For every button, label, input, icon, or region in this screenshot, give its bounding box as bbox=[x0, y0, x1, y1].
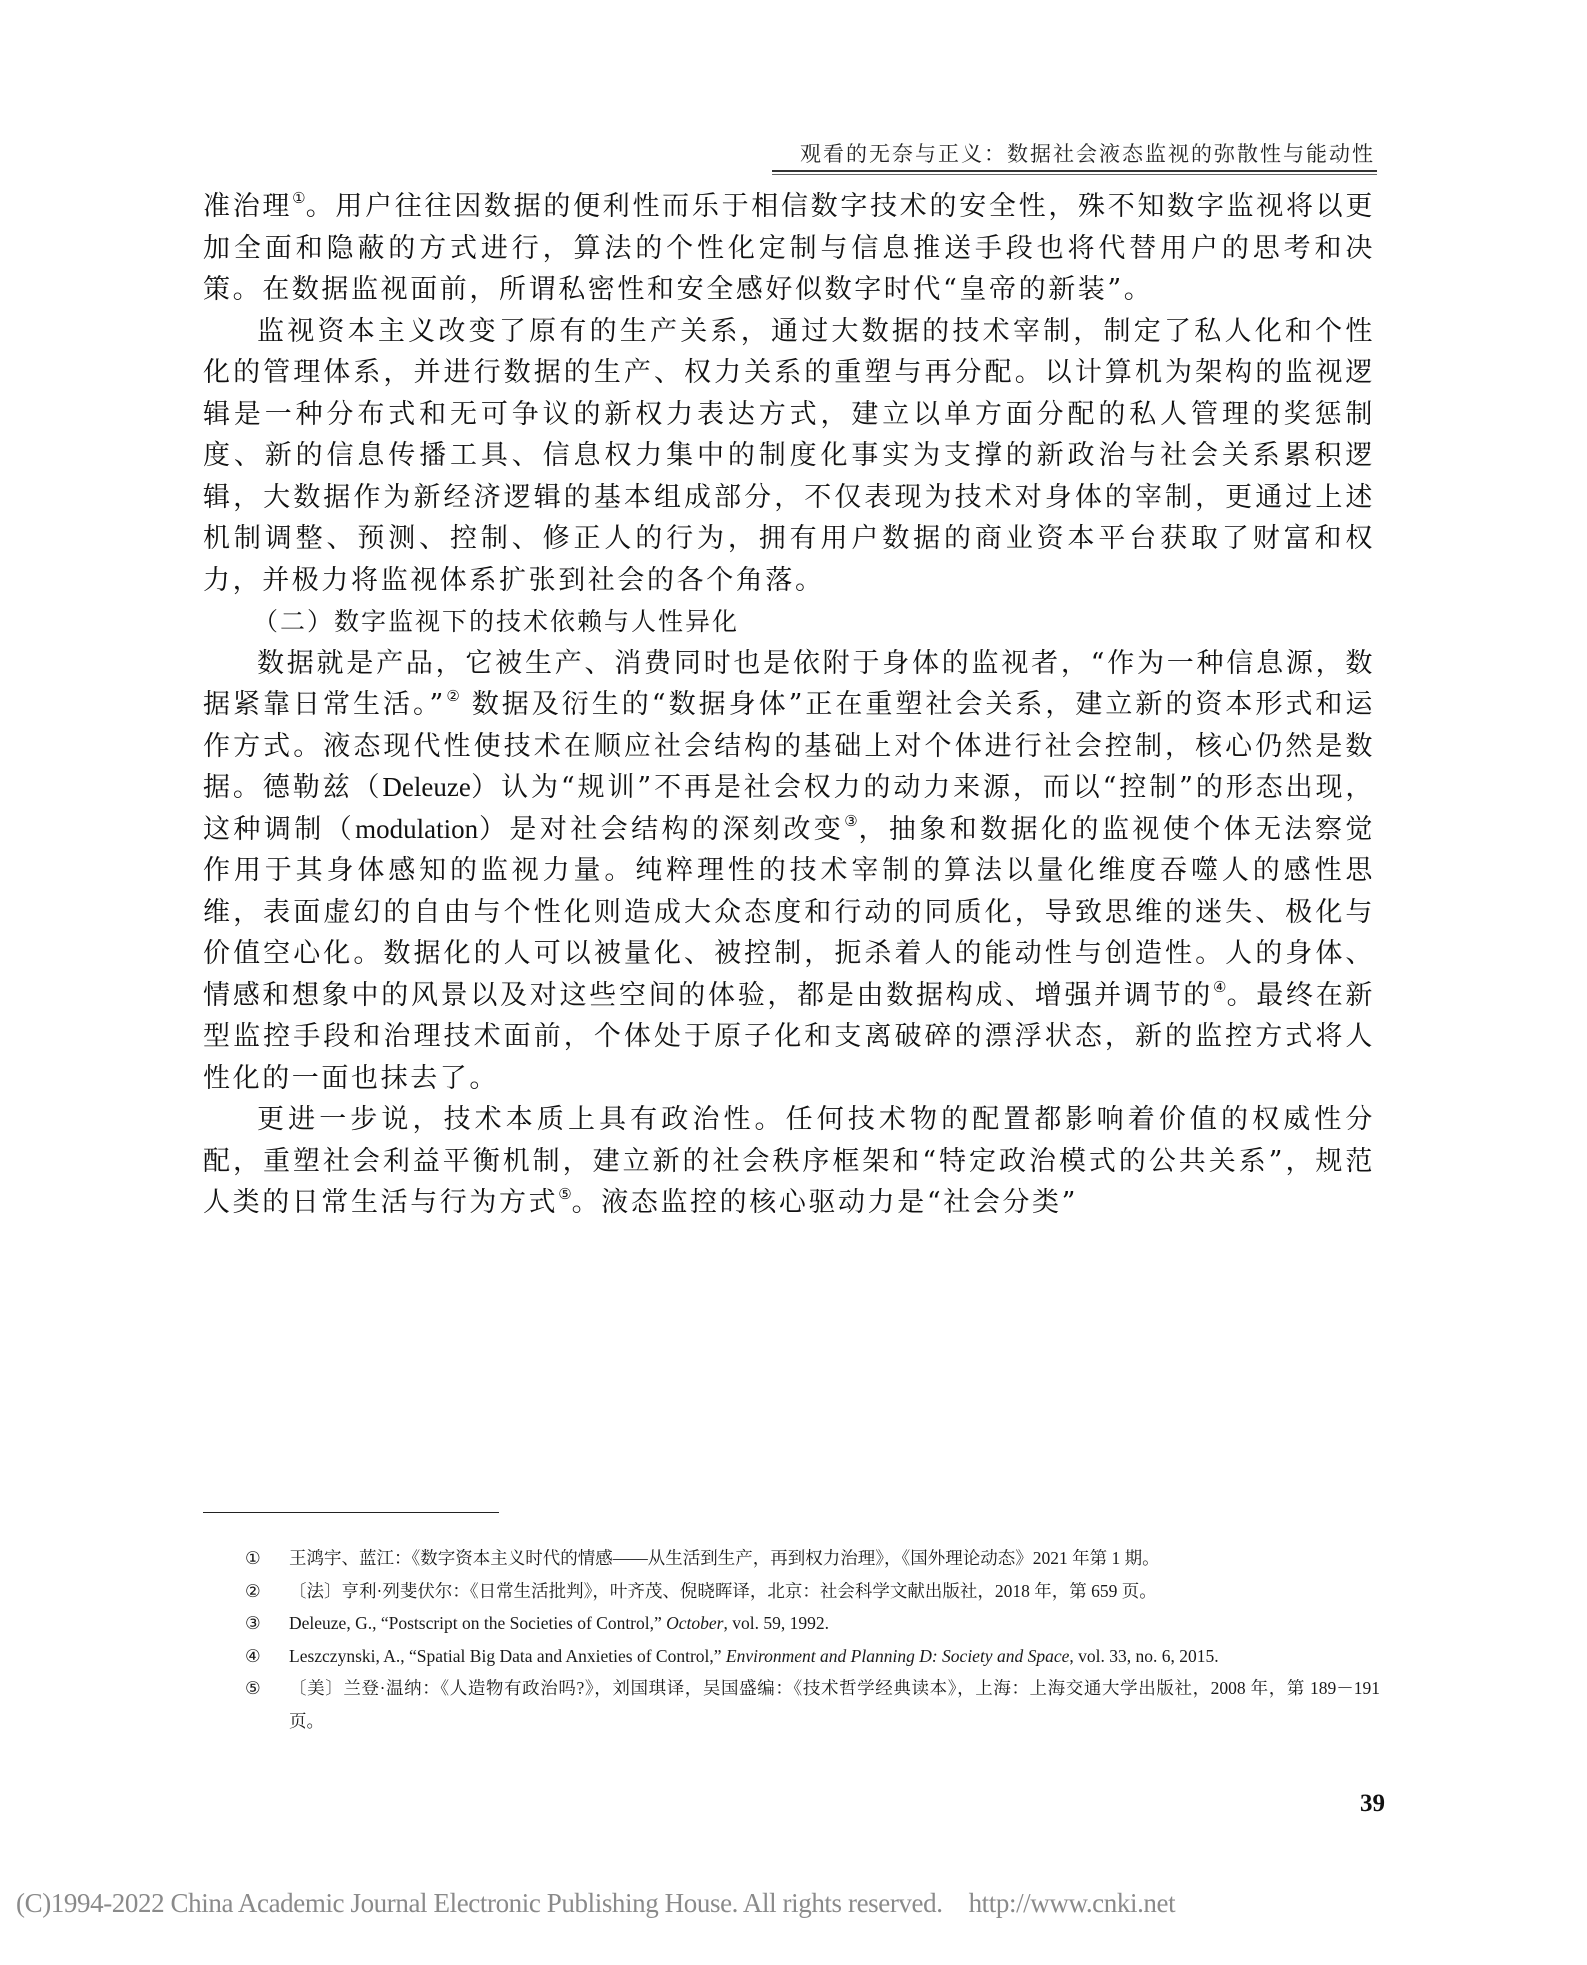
footnote-text: Deleuze, G., “Postscript on the Societie… bbox=[289, 1607, 1380, 1640]
footnote-text: 王鸿宇、蓝江：《数字资本主义时代的情感——从生活到生产，再到权力治理》，《国外理… bbox=[289, 1542, 1380, 1575]
paragraph-4: 更进一步说，技术本质上具有政治性。任何技术物的配置都影响着价值的权威性分配，重塑… bbox=[203, 1099, 1375, 1224]
footnote-ref-4[interactable]: ④ bbox=[1213, 978, 1227, 996]
header-rule bbox=[772, 170, 1377, 172]
footnote-ref-3[interactable]: ③ bbox=[844, 812, 858, 830]
running-header-title: 观看的无奈与正义：数据社会液态监视的弥散性与能动性 bbox=[770, 138, 1375, 168]
text-run: 。液态监控的核心驱动力是“社会分类” bbox=[572, 1187, 1078, 1218]
text-run: 。用户往往因数据的便利性而乐于相信数字技术的安全性，殊不知数字监视将以更加全面和… bbox=[203, 191, 1375, 305]
footnote-text: 〔美〕兰登·温纳：《人造物有政治吗?》，刘国琪译，吴国盛编：《技术哲学经典读本》… bbox=[289, 1672, 1380, 1737]
footnote-text: Leszczynski, A., “Spatial Big Data and A… bbox=[289, 1640, 1380, 1673]
copyright-notice: (C)1994-2022 China Academic Journal Elec… bbox=[16, 1888, 943, 1918]
page-number: 39 bbox=[1325, 1790, 1385, 1818]
footnote-ref-5[interactable]: ⑤ bbox=[558, 1185, 571, 1203]
text-run: ）是对社会结构的深刻改变 bbox=[478, 814, 844, 845]
journal-title: October bbox=[666, 1613, 723, 1633]
citation-text: Deleuze, G., “Postscript on the Societie… bbox=[289, 1613, 666, 1633]
text-run: 准治理 bbox=[203, 191, 292, 222]
journal-title: Environment and Planning D: Society and … bbox=[726, 1646, 1069, 1666]
latin-term: modulation bbox=[355, 814, 478, 844]
footnote-separator bbox=[203, 1512, 499, 1513]
footnote-ref-2[interactable]: ② bbox=[446, 687, 460, 705]
footnote-2: ② 〔法〕亨利·列斐伏尔：《日常生活批判》，叶齐茂、倪晓晖译，北京：社会科学文献… bbox=[245, 1575, 1380, 1608]
citation-text: Leszczynski, A., “Spatial Big Data and A… bbox=[289, 1646, 726, 1666]
paragraph-3: 数据就是产品，它被生产、消费同时也是依附于身体的监视者，“作为一种信息源，数据紧… bbox=[203, 643, 1375, 1100]
footnote-text: 〔法〕亨利·列斐伏尔：《日常生活批判》，叶齐茂、倪晓晖译，北京：社会科学文献出版… bbox=[289, 1575, 1380, 1608]
latin-term: Deleuze bbox=[382, 772, 470, 802]
footnote-number: ⑤ bbox=[245, 1672, 289, 1705]
copyright-footer: (C)1994-2022 China Academic Journal Elec… bbox=[16, 1888, 1175, 1919]
footnote-number: ② bbox=[245, 1575, 289, 1608]
header-rule-thin bbox=[772, 174, 1377, 175]
footnote-number: ③ bbox=[245, 1607, 289, 1640]
paragraph-2: 监视资本主义改变了原有的生产关系，通过大数据的技术宰制，制定了私人化和个性化的管… bbox=[203, 311, 1375, 602]
footnote-ref-1[interactable]: ① bbox=[292, 189, 306, 207]
footnote-1: ① 王鸿宇、蓝江：《数字资本主义时代的情感——从生活到生产，再到权力治理》，《国… bbox=[245, 1542, 1380, 1575]
footnote-number: ① bbox=[245, 1542, 289, 1575]
article-body: 准治理①。用户往往因数据的便利性而乐于相信数字技术的安全性，殊不知数字监视将以更… bbox=[203, 186, 1375, 1224]
cnki-link[interactable]: http://www.cnki.net bbox=[969, 1888, 1176, 1918]
footnotes: ① 王鸿宇、蓝江：《数字资本主义时代的情感——从生活到生产，再到权力治理》，《国… bbox=[245, 1542, 1380, 1737]
paragraph-1: 准治理①。用户往往因数据的便利性而乐于相信数字技术的安全性，殊不知数字监视将以更… bbox=[203, 186, 1375, 311]
section-heading: （二）数字监视下的技术依赖与人性异化 bbox=[203, 601, 1375, 643]
footnote-number: ④ bbox=[245, 1640, 289, 1673]
citation-text: , vol. 33, no. 6, 2015. bbox=[1069, 1646, 1218, 1666]
footnote-3: ③ Deleuze, G., “Postscript on the Societ… bbox=[245, 1607, 1380, 1640]
footnote-5: ⑤ 〔美〕兰登·温纳：《人造物有政治吗?》，刘国琪译，吴国盛编：《技术哲学经典读… bbox=[245, 1672, 1380, 1737]
citation-text: , vol. 59, 1992. bbox=[724, 1613, 830, 1633]
footnote-4: ④ Leszczynski, A., “Spatial Big Data and… bbox=[245, 1640, 1380, 1673]
